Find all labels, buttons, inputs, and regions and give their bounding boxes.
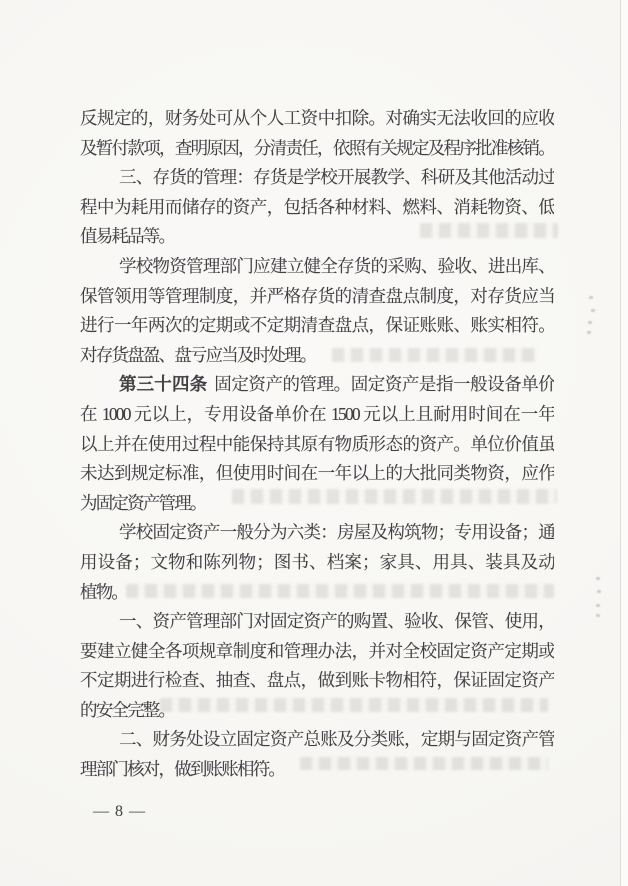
text-line: 要建立健全各项规章制度和管理办法，并对全校固定资产定期或 [80,637,554,667]
scanned-document-page: 反规定的，财务处可从个人工资中扣除。对确实无法收回的应收 及暂付款项，查明原因，… [0,0,628,886]
bleed-through-artifact [160,698,548,712]
text-line: 不定期进行检查、抽查、盘点，做到账卡物相符，保证固定资产 [80,666,554,696]
text-line: 未达到规定标准，但使用时间在一年以上的大批同类物资，应作 [80,459,554,489]
scanner-background-strip [621,0,628,886]
page-number: — 8 — [93,803,146,821]
margin-mark [597,590,601,593]
bleed-through-artifact [332,348,537,362]
margin-mark [589,296,593,299]
text-line: 学校固定资产一般分为六类：房屋及构筑物；专用设备；通 [80,518,554,548]
article-heading-line: 第三十四条固定资产的管理。固定资产是指一般设备单价 [80,370,554,400]
text-line: 学校物资管理部门应建立健全存货的采购、验收、进出库、 [80,252,554,282]
bleed-through-artifact [126,584,554,598]
text-line: 三、存货的管理：存货是学校开展教学、科研及其他活动过 [80,163,554,193]
margin-mark [596,604,600,607]
bleed-through-artifact [420,223,558,238]
margin-mark [591,309,595,312]
text-line: 在 1000 元以上，专用设备单价在 1500 元以上且耐用时间在一年 [80,400,554,430]
text-line: 反规定的，财务处可从个人工资中扣除。对确实无法收回的应收 [80,104,554,134]
document-body-text: 反规定的，财务处可从个人工资中扣除。对确实无法收回的应收 及暂付款项，查明原因，… [80,104,554,785]
article-heading-text: 固定资产的管理。固定资产是指一般设备单价 [214,374,554,394]
margin-mark [596,614,600,617]
text-line: 保管领用等管理制度，并严格存货的清查盘点制度，对存货应当 [80,282,554,312]
text-line: 进行一年两次的定期或不定期清查盘点，保证账账、账实相符。 [80,311,554,341]
text-line: 一、资产管理部门对固定资产的购置、验收、保管、使用， [80,607,554,637]
text-line: 及暂付款项，查明原因，分清责任，依照有关规定及程序批准核销。 [80,134,554,164]
margin-mark [596,577,600,580]
bleed-through-artifact [232,489,557,504]
margin-mark [587,331,591,334]
text-line: 以上并在使用过程中能保持其原有物质形态的资产。单位价值虽 [80,430,554,460]
text-line: 用设备；文物和陈列物；图书、档案；家具、用具、装具及动 [80,548,554,578]
margin-mark [588,321,592,324]
text-line: 二、财务处设立固定资产总账及分类账，定期与固定资产管 [80,725,554,755]
text-line: 程中为耗用而储存的资产，包括各种材料、燃料、消耗物资、低 [80,193,554,223]
bleed-through-artifact [300,757,548,770]
article-number: 第三十四条 [119,374,207,394]
